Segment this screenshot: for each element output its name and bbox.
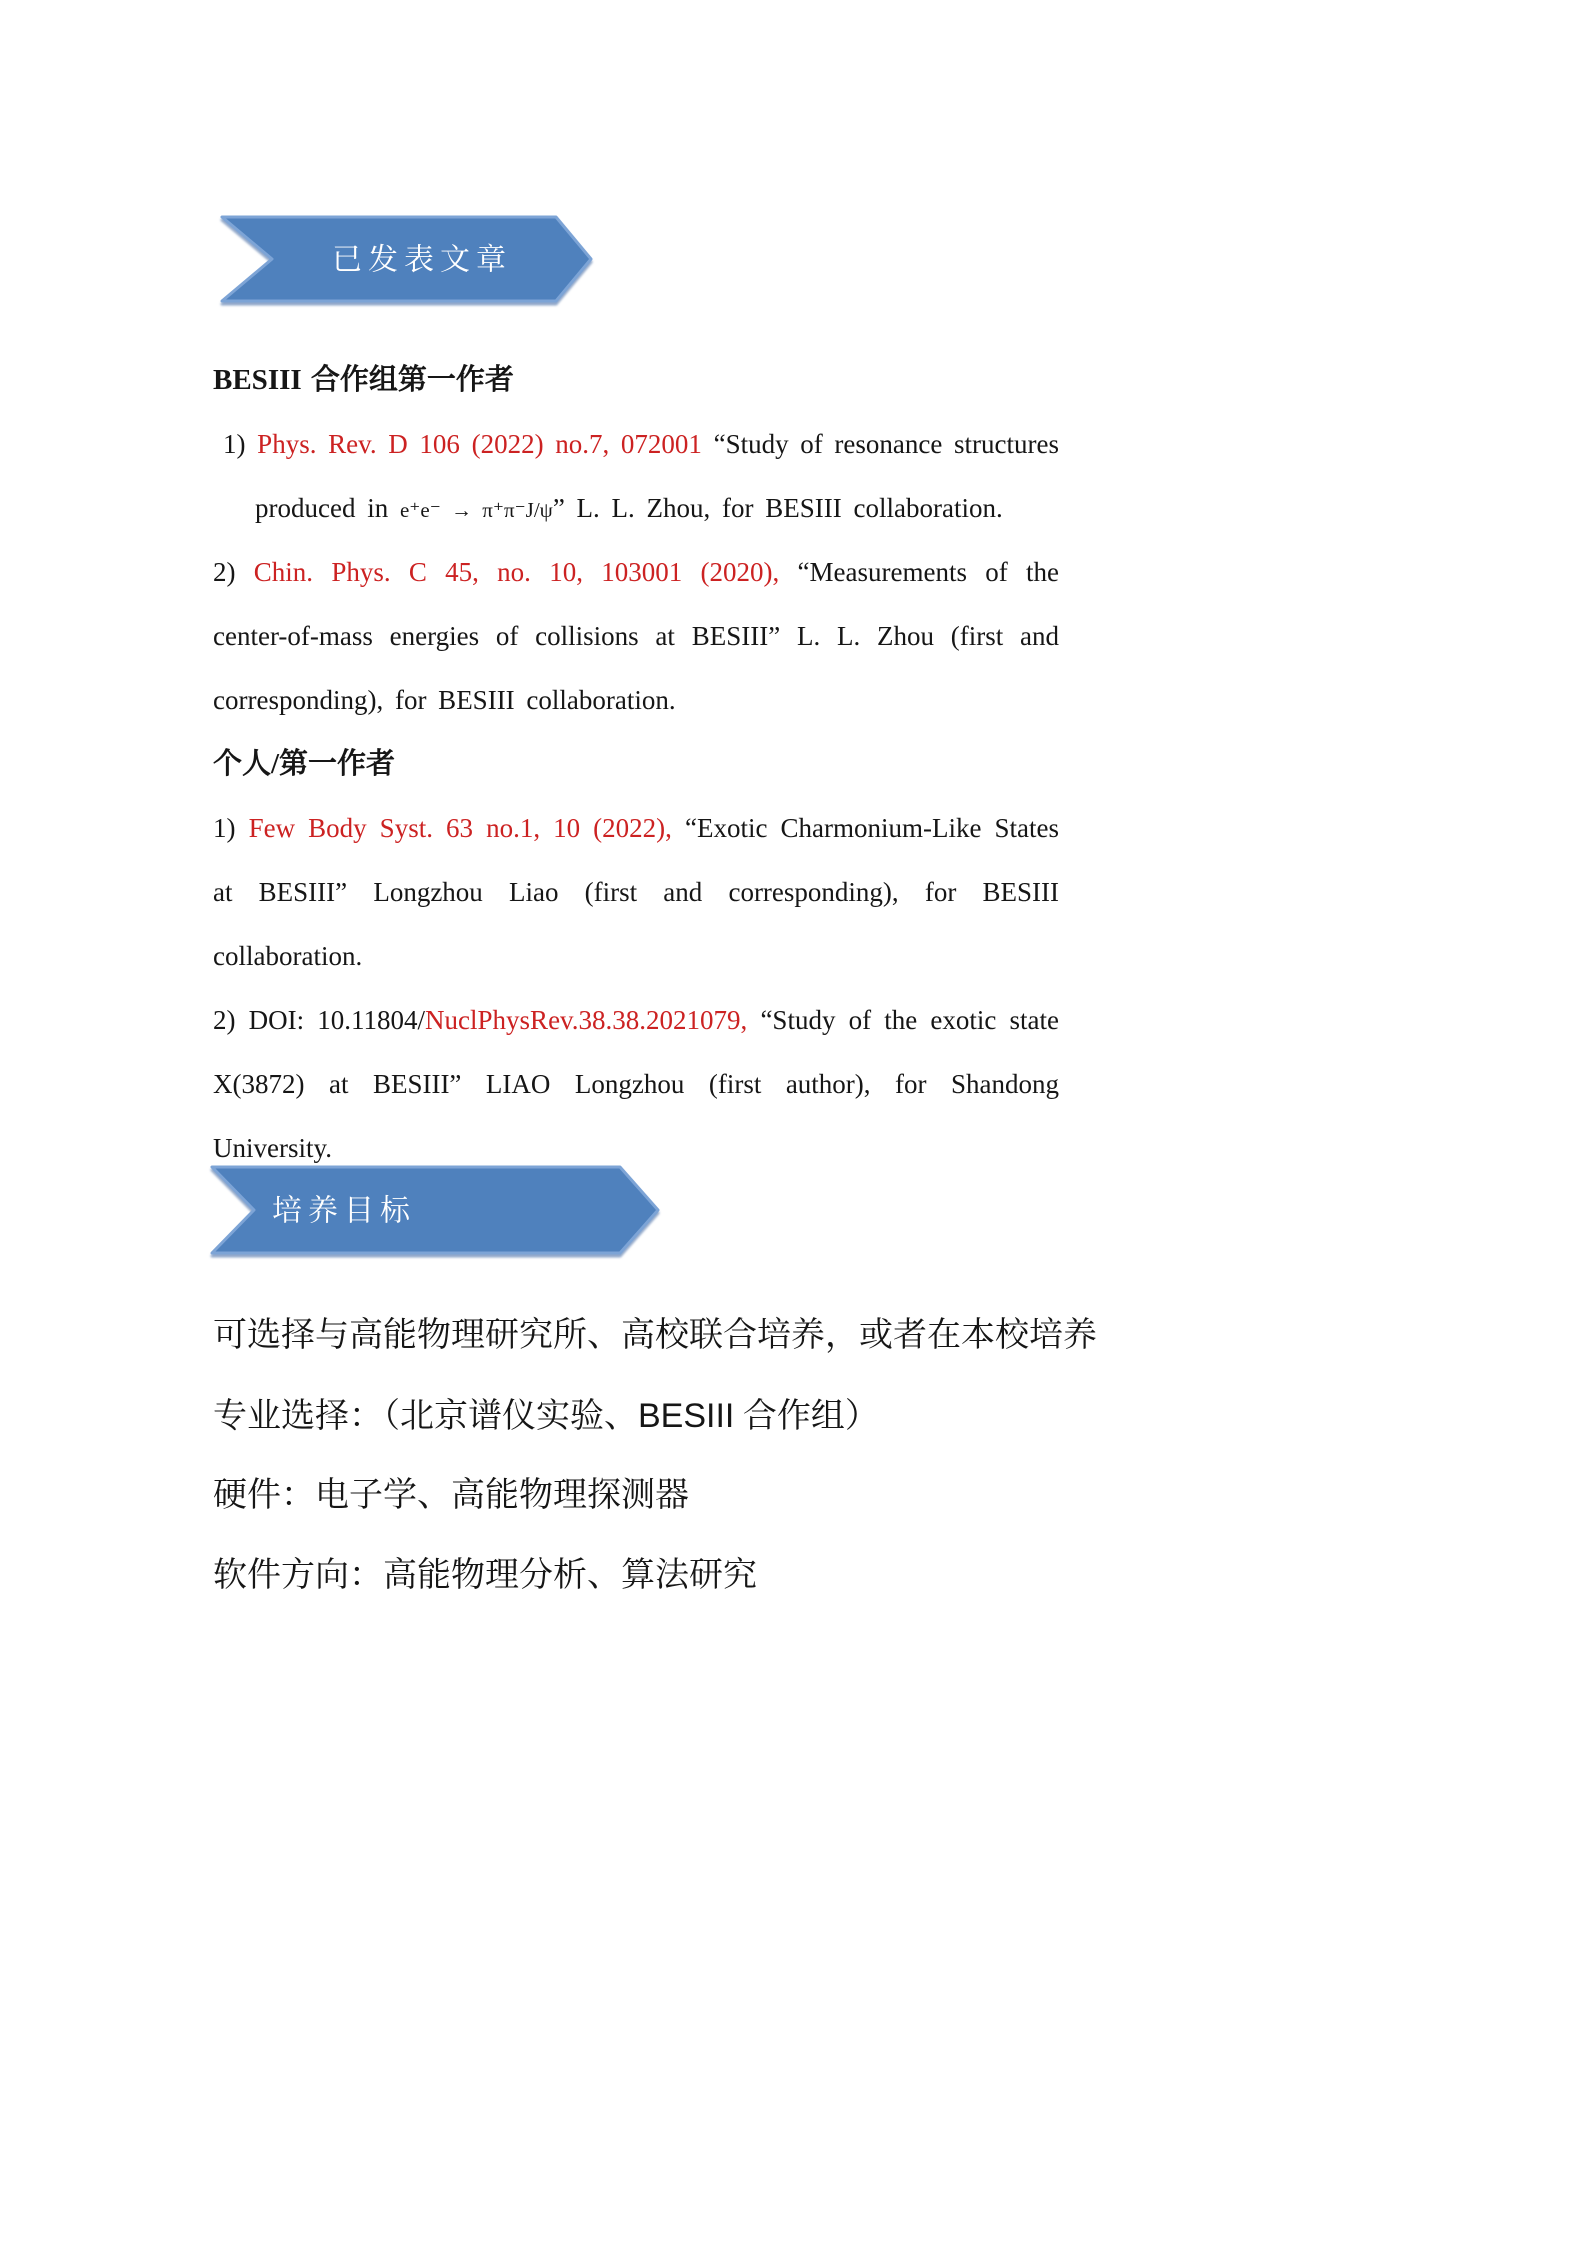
publication-line: 个人/第一作者 xyxy=(213,732,1059,796)
text-segment: e⁺e⁻ → π⁺π⁻J/ψ xyxy=(400,498,553,522)
text-segment: at BESIII” Longzhou Liao (first and corr… xyxy=(213,877,1059,907)
publication-line: 1) Few Body Syst. 63 no.1, 10 (2022), “E… xyxy=(213,796,1059,860)
training-goal-line: 专业选择：（北京谱仪实验、BESIII 合作组） xyxy=(213,1376,1163,1456)
text-segment: 2) DOI: 10.11804/ xyxy=(213,1005,425,1035)
publication-line: center-of-mass energies of collisions at… xyxy=(213,604,1059,668)
training-goals-banner: 培养目标 xyxy=(210,1165,660,1255)
publication-line: produced in e⁺e⁻ → π⁺π⁻J/ψ” L. L. Zhou, … xyxy=(213,476,1059,540)
publication-line: 2) DOI: 10.11804/NuclPhysRev.38.38.20210… xyxy=(213,988,1059,1052)
text-segment: ” L. L. Zhou, for BESIII collaboration. xyxy=(553,493,1003,523)
training-goals-section: 可选择与高能物理研究所、高校联合培养，或者在本校培养专业选择：（北京谱仪实验、B… xyxy=(213,1296,1163,1616)
text-segment: “Study of resonance structures xyxy=(702,429,1059,459)
text-segment: 专业选择：（北京谱仪实验、 xyxy=(213,1398,638,1435)
training-banner-label: 培养目标 xyxy=(272,1185,416,1229)
training-goal-line: 硬件：电子学、高能物理探测器 xyxy=(213,1456,1163,1536)
text-segment: 合作组） xyxy=(734,1398,879,1435)
publication-line: 2) Chin. Phys. C 45, no. 10, 103001 (202… xyxy=(213,540,1059,604)
text-segment: Chin. Phys. C 45, no. 10, 103001 (2020), xyxy=(254,557,779,587)
text-segment: BESIII xyxy=(638,1397,734,1435)
text-segment: corresponding), for BESIII collaboration… xyxy=(213,685,676,715)
text-segment: NuclPhysRev.38.38.2021079, xyxy=(425,1005,747,1035)
document-page: 已发表文章 BESIII 合作组第一作者1) Phys. Rev. D 106 … xyxy=(0,0,1587,2245)
text-segment: 个人/第一作者 xyxy=(213,748,395,780)
text-segment: produced in xyxy=(255,493,400,523)
publication-line: BESIII 合作组第一作者 xyxy=(213,348,1059,412)
text-segment: University. xyxy=(213,1133,332,1163)
text-segment: 1) xyxy=(223,429,257,459)
published-articles-section: BESIII 合作组第一作者1) Phys. Rev. D 106 (2022)… xyxy=(213,348,1059,1180)
text-segment: 2) xyxy=(213,557,254,587)
training-goal-line: 软件方向：高能物理分析、算法研究 xyxy=(213,1536,1163,1616)
text-segment: BESIII 合作组第一作者 xyxy=(213,364,514,396)
text-segment: “Measurements of the xyxy=(779,557,1059,587)
published-articles-banner: 已发表文章 xyxy=(220,215,593,303)
text-segment: 软件方向：高能物理分析、算法研究 xyxy=(213,1557,757,1594)
text-segment: 1) xyxy=(213,813,249,843)
publication-line: X(3872) at BESIII” LIAO Longzhou (first … xyxy=(213,1052,1059,1116)
text-segment: Phys. Rev. D 106 (2022) no.7, 072001 xyxy=(257,429,702,459)
text-segment: 硬件：电子学、高能物理探测器 xyxy=(213,1477,689,1514)
publication-line: at BESIII” Longzhou Liao (first and corr… xyxy=(213,860,1059,924)
publication-line: collaboration. xyxy=(213,924,1059,988)
training-goal-line: 可选择与高能物理研究所、高校联合培养，或者在本校培养 xyxy=(213,1296,1163,1376)
text-segment: collaboration. xyxy=(213,941,362,971)
text-segment: “Study of the exotic state xyxy=(747,1005,1059,1035)
text-segment: Few Body Syst. 63 no.1, 10 (2022), xyxy=(249,813,672,843)
published-banner-label: 已发表文章 xyxy=(332,234,512,278)
text-segment: center-of-mass energies of collisions at… xyxy=(213,621,1059,651)
text-segment: X(3872) at BESIII” LIAO Longzhou (first … xyxy=(213,1069,1059,1099)
text-segment: 可选择与高能物理研究所、高校联合培养，或者在本校培养 xyxy=(213,1317,1097,1354)
text-segment: “Exotic Charmonium-Like States xyxy=(672,813,1059,843)
publication-line: corresponding), for BESIII collaboration… xyxy=(213,668,1059,732)
publication-line: 1) Phys. Rev. D 106 (2022) no.7, 072001 … xyxy=(213,412,1059,476)
